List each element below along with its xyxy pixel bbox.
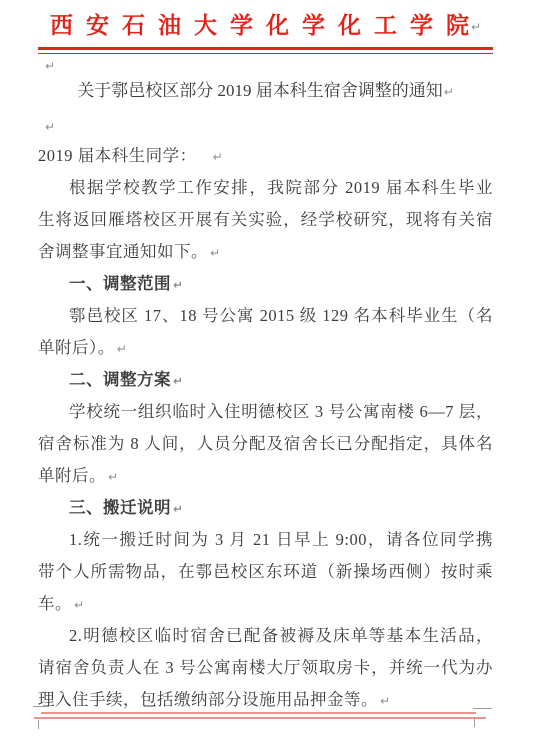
crop-mark-bottom-left-vertical xyxy=(38,720,39,729)
letterhead-org-name-text: 西安石油大学化学化工学院 xyxy=(50,13,482,38)
document-title: 关于鄠邑校区部分 2019 届本科生宿舍调整的通知↵ xyxy=(38,75,493,107)
body-line: 生将返回雁塔校区开展有关实验，经学校研究，现将有关宿 xyxy=(38,204,493,236)
body-line: 一、调整范围↵ xyxy=(38,268,493,300)
paragraph-mark-icon: ↵ xyxy=(173,278,184,292)
body-line: 带个人所需物品，在鄠邑校区东环道（新操场西侧）按时乘 xyxy=(38,556,493,588)
letterhead-divider-thick xyxy=(38,47,493,50)
letterhead-org-name: 西安石油大学化学化工学院↵ xyxy=(38,7,493,40)
body-line: 宿舍标准为 8 人间，人员分配及宿舍长已分配指定，具体名 xyxy=(38,428,493,460)
paragraph-mark-icon: ↵ xyxy=(117,342,128,356)
body-line-text: 二、调整方案 xyxy=(69,370,171,389)
crop-mark-bottom-left-horizontal xyxy=(33,706,49,707)
body-line-text: 带个人所需物品，在鄠邑校区东环道（新操场西侧）按时乘 xyxy=(38,562,493,581)
body-line-text: 单附后）。 xyxy=(38,338,115,357)
body-line-text: 学校统一组织临时入住明德校区 3 号公寓南楼 6—7 层， xyxy=(69,402,493,421)
footer-divider-lower xyxy=(34,717,486,719)
body-line: 学校统一组织临时入住明德校区 3 号公寓南楼 6—7 层， xyxy=(38,396,493,428)
body-line: 根据学校教学工作安排，我院部分 2019 届本科生毕业 xyxy=(38,172,493,204)
body-line-text: 单附后。 xyxy=(38,466,106,485)
body-line-text: 2019 届本科生同学： xyxy=(38,146,197,165)
body-line: 单附后）。↵ xyxy=(38,332,493,364)
paragraph-mark-icon: ↵ xyxy=(173,374,184,388)
body-line-text: 2.明德校区临时宿舍已配备被褥及床单等基本生活品， xyxy=(69,626,493,645)
body-line: 鄠邑校区 17、18 号公寓 2015 级 129 名本科毕业生（名 xyxy=(38,300,493,332)
body-line-text: 生将返回雁塔校区开展有关实验，经学校研究，现将有关宿 xyxy=(38,210,493,229)
body-line: 三、搬迁说明↵ xyxy=(38,492,493,524)
body-line-text: 宿舍标准为 8 人间，人员分配及宿舍长已分配指定，具体名 xyxy=(38,434,493,453)
paragraph-mark-icon: ↵ xyxy=(45,121,55,133)
body-line-text: 根据学校教学工作安排，我院部分 2019 届本科生毕业 xyxy=(69,178,493,197)
body-line: 二、调整方案↵ xyxy=(38,364,493,396)
paragraph-mark-icon: ↵ xyxy=(108,470,119,484)
paragraph-mark-icon: ↵ xyxy=(380,694,391,708)
body-lines: 2019 届本科生同学：↵根据学校教学工作安排，我院部分 2019 届本科生毕业… xyxy=(38,140,493,716)
body-line-text: 车。 xyxy=(38,594,72,613)
body-line: 舍调整事宜通知如下。↵ xyxy=(38,236,493,268)
body-line: 车。↵ xyxy=(38,588,493,620)
body-line: 2.明德校区临时宿舍已配备被褥及床单等基本生活品， xyxy=(38,620,493,652)
body-line-text: 一、调整范围 xyxy=(69,274,171,293)
paragraph-mark-icon: ↵ xyxy=(74,598,85,612)
document-page: { "page": { "background": "#ffffff" }, "… xyxy=(0,0,533,744)
crop-mark-bottom-right-horizontal xyxy=(473,708,492,709)
body-line: 2019 届本科生同学：↵ xyxy=(38,140,493,172)
body-line-text: 三、搬迁说明 xyxy=(69,498,171,517)
letterhead-divider-thin xyxy=(38,53,493,55)
body-line: 单附后。↵ xyxy=(38,460,493,492)
paragraph-mark-icon: ↵ xyxy=(213,150,224,164)
paragraph-mark-icon: ↵ xyxy=(45,60,55,72)
paragraph-mark-icon: ↵ xyxy=(210,246,221,260)
paragraph-mark-icon: ↵ xyxy=(471,20,481,34)
crop-mark-bottom-right-vertical xyxy=(474,718,475,727)
paragraph-mark-icon: ↵ xyxy=(444,85,454,99)
body-line-text: 舍调整事宜通知如下。 xyxy=(38,242,208,261)
body-line-text: 鄠邑校区 17、18 号公寓 2015 级 129 名本科毕业生（名 xyxy=(69,306,493,325)
body-line: 1.统一搬迁时间为 3 月 21 日早上 9:00，请各位同学携 xyxy=(38,524,493,556)
body-line-text: 理入住手续，包括缴纳部分设施用品押金等。 xyxy=(38,690,378,709)
paragraph-mark-icon: ↵ xyxy=(173,502,184,516)
body-line-text: 请宿舍负责人在 3 号公寓南楼大厅领取房卡，并统一代为办 xyxy=(38,658,493,677)
body-line-text: 1.统一搬迁时间为 3 月 21 日早上 9:00，请各位同学携 xyxy=(69,530,493,549)
footer-divider-upper xyxy=(41,712,476,714)
body-line: 请宿舍负责人在 3 号公寓南楼大厅领取房卡，并统一代为办 xyxy=(38,652,493,684)
document-title-text: 关于鄠邑校区部分 2019 届本科生宿舍调整的通知 xyxy=(77,81,443,100)
